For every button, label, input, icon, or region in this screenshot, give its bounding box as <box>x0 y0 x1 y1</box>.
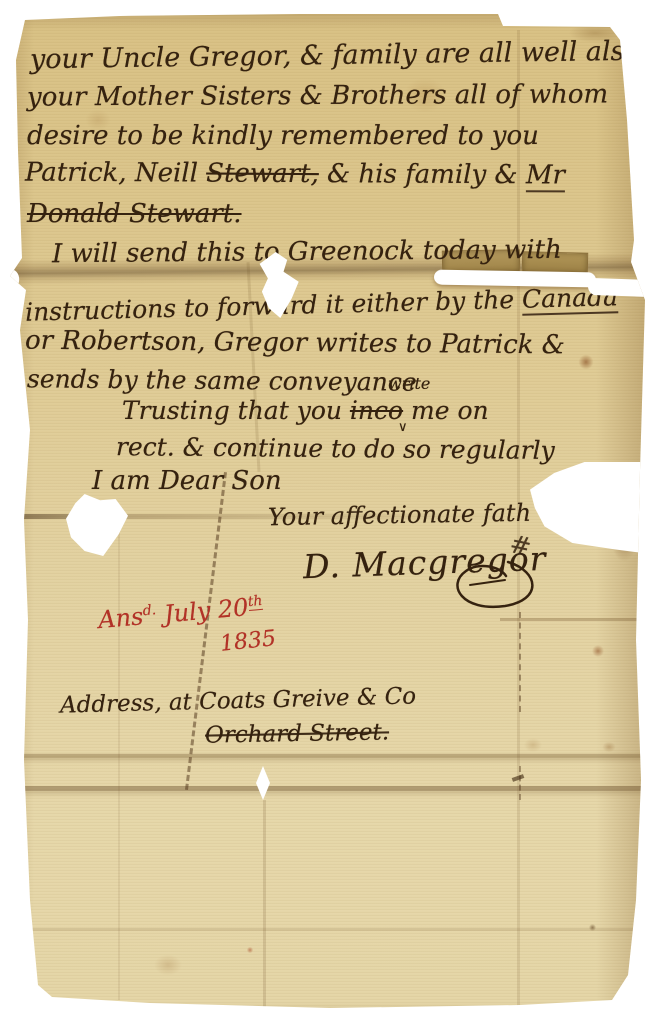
stain <box>588 923 597 932</box>
letter-line-10-text2: me on <box>403 396 489 425</box>
fold-crease <box>0 786 651 791</box>
fold-crease <box>0 754 651 758</box>
letter-closing: Your affectionate fath <box>268 499 531 532</box>
answered-text: Ans <box>97 602 144 634</box>
fold-crease <box>500 618 651 621</box>
letter-line-4-text2: & his family & <box>319 159 526 190</box>
tear-gap <box>434 270 596 288</box>
letter-line-7: instructions to forward it either by the… <box>25 282 619 327</box>
address-line-2: Orchard Street. <box>205 719 389 748</box>
stitch-perforation <box>519 766 521 800</box>
letter-line-1: your Uncle Gregor, & family are all well… <box>30 36 641 76</box>
fold-hole <box>256 766 270 800</box>
fold-crease <box>0 928 651 931</box>
letter-line-4-underlined-word: Mr <box>526 160 565 192</box>
letter-line-3: desire to be kindly remembered to you <box>27 121 539 151</box>
tear-gap <box>0 265 22 301</box>
letter-line-5-struck: Donald Stewart. <box>27 199 242 229</box>
address-line-1: Address, at Coats Greive & Co <box>60 683 417 718</box>
stain <box>148 950 188 980</box>
answered-year: 1835 <box>219 626 277 657</box>
letter-line-10-struck-word: inco <box>350 396 403 425</box>
letter-line-12: I am Dear Son <box>92 466 282 496</box>
letter-line-10: Trusting that you inco me on <box>122 396 489 425</box>
torn-hole <box>66 494 128 556</box>
vertical-crease <box>263 800 266 1008</box>
answered-annotation: Ansd. July 20th <box>97 592 264 634</box>
stain <box>246 946 254 954</box>
letter-line-8: or Robertson, Gregor writes to Patrick & <box>25 326 565 361</box>
stain <box>600 740 618 754</box>
inserted-word: write <box>388 374 430 393</box>
letter-paper: your Uncle Gregor, & family are all well… <box>0 0 651 1024</box>
answered-date-superscript: th <box>247 593 263 611</box>
letter-line-4: Patrick, Neill Stewart, & his family & M… <box>25 158 565 191</box>
paper-slit <box>512 774 525 782</box>
stitch-perforation <box>519 612 521 712</box>
letter-line-10-text: Trusting that you <box>122 396 350 425</box>
torn-edge-notch <box>530 462 651 554</box>
stain <box>576 352 596 372</box>
letter-line-2: your Mother Sisters & Brothers all of wh… <box>27 79 608 112</box>
letter-line-6: I will send this to Greenock today with <box>52 235 562 269</box>
stain <box>590 643 606 659</box>
stain <box>520 735 546 755</box>
vertical-crease <box>118 530 120 1000</box>
answered-date: July 20 <box>155 593 249 629</box>
letter-line-4-text: Patrick, Neill <box>25 158 206 189</box>
letter-photograph: your Uncle Gregor, & family are all well… <box>0 0 651 1024</box>
letter-line-9: sends by the same conveyance <box>27 364 417 396</box>
letter-line-4-struck-word: Stewart, <box>206 159 319 190</box>
letter-line-11: rect. & continue to do so regularly <box>116 432 555 465</box>
insertion-caret: ∨ <box>398 420 408 435</box>
tear-gap <box>588 278 651 297</box>
